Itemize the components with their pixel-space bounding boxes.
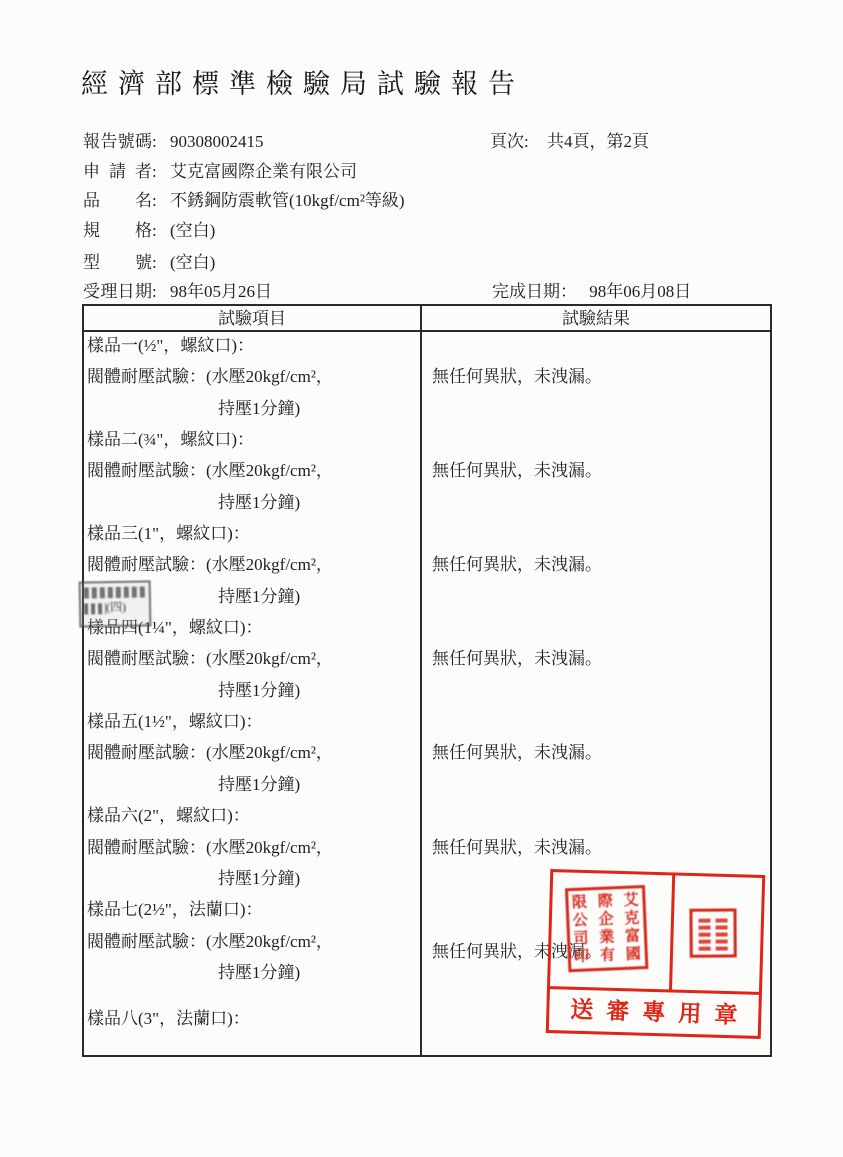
field-label: 型號 xyxy=(83,252,152,274)
sample-hold: 持壓1分鐘) xyxy=(218,398,300,420)
field-complete-date: 完成日期： 98年06月08日 xyxy=(492,281,691,303)
sample-hold: 持壓1分鐘) xyxy=(218,680,300,702)
stamp-bottom-label: 送審專用章 xyxy=(549,988,759,1036)
field-product-name: 品名: 不銹鋼防震軟管(10kgf/cm²等級) xyxy=(83,190,157,212)
sample-hold: 持壓1分鐘) xyxy=(218,962,300,984)
sample-title: 樣品六(2"，螺紋口)： xyxy=(87,805,250,827)
complete-date-value: 98年06月08日 xyxy=(589,282,691,301)
field-label: 規格 xyxy=(83,220,152,242)
accept-date-value: 98年05月26日 xyxy=(170,281,272,303)
field-colon: : xyxy=(524,132,529,151)
sample-title: 樣品七(2½"，法蘭口)： xyxy=(87,899,263,921)
field-label: 品名 xyxy=(83,190,152,212)
field-colon: : xyxy=(152,221,157,240)
sample-result: 無任何異狀，未洩漏。 xyxy=(432,648,602,670)
field-model: 型號: (空白) xyxy=(83,252,157,274)
field-label: 受理日期 xyxy=(83,281,152,303)
field-report-no: 報告號碼: 90308002415 xyxy=(83,131,157,153)
sample-result: 無任何異狀，未洩漏。 xyxy=(432,837,602,859)
page-title: 經濟部標準檢驗局試驗報告 xyxy=(81,62,525,101)
personal-seal-glyph-column xyxy=(698,916,710,951)
report-number-value: 90308002415 xyxy=(170,131,264,153)
faded-stamp-text-row: (四) xyxy=(81,599,149,614)
field-colon: : xyxy=(152,253,157,272)
field-applicant: 申請者: 艾克富國際企業有限公司 xyxy=(83,161,157,183)
sample-result: 無任何異狀，未洩漏。 xyxy=(432,460,602,482)
faded-stamp-visible-text: (四) xyxy=(106,600,126,614)
sample-result: 無任何異狀，未洩漏。 xyxy=(432,554,602,576)
sample-hold: 持壓1分鐘) xyxy=(218,868,300,890)
column-header-test-result: 試驗結果 xyxy=(422,307,770,331)
field-label: 申請者 xyxy=(83,161,152,183)
sample-test: 閥體耐壓試驗：(水壓20kgf/cm²， xyxy=(87,648,333,670)
sample-test: 閥體耐壓試驗：(水壓20kgf/cm²， xyxy=(87,837,333,859)
stamp-inner-vertical-divider xyxy=(669,875,675,990)
field-colon: : xyxy=(152,132,157,151)
field-colon: : xyxy=(152,282,157,301)
sample-test: 閥體耐壓試驗：(水壓20kgf/cm²， xyxy=(87,742,333,764)
faded-stamp-smudge xyxy=(84,603,106,614)
field-colon: ： xyxy=(560,282,577,301)
scanned-test-report-page: 經濟部標準檢驗局試驗報告 報告號碼: 90308002415 申請者: 艾克富國… xyxy=(0,0,843,1157)
field-label: 頁次 xyxy=(490,132,524,151)
field-colon: : xyxy=(152,191,157,210)
column-header-test-item: 試驗項目 xyxy=(84,307,420,331)
company-seal: 艾克富國際企業有限公司印 xyxy=(565,885,648,972)
faded-stamp-illegible-row xyxy=(84,586,146,598)
sample-title: 樣品二(¾"，螺紋口)： xyxy=(87,429,254,451)
personal-seal xyxy=(689,908,736,957)
sample-title: 樣品一(½"，螺紋口)： xyxy=(87,335,254,357)
table-column-divider xyxy=(420,306,422,1055)
field-accept-date: 受理日期: 98年05月26日 xyxy=(83,281,157,303)
sample-result: 無任何異狀，未洩漏。 xyxy=(432,366,602,388)
faded-ink-stamp: (四) xyxy=(79,580,152,627)
field-label: 完成日期 xyxy=(492,282,560,301)
spec-value: (空白) xyxy=(170,220,215,242)
sample-result: 無任何異狀，未洩漏。 xyxy=(432,742,602,764)
page-info-value: 共4頁，第2頁 xyxy=(547,132,649,151)
sample-test: 閥體耐壓試驗：(水壓20kgf/cm²， xyxy=(87,366,333,388)
sample-title: 樣品八(3"，法蘭口)： xyxy=(87,1008,250,1030)
personal-seal-glyph-column xyxy=(715,915,727,950)
sample-hold: 持壓1分鐘) xyxy=(218,774,300,796)
field-page-info: 頁次: 共4頁，第2頁 xyxy=(490,131,649,153)
sample-test: 閥體耐壓試驗：(水壓20kgf/cm²， xyxy=(87,460,333,482)
model-value: (空白) xyxy=(170,252,215,274)
product-name-value: 不銹鋼防震軟管(10kgf/cm²等級) xyxy=(170,190,405,212)
sample-hold: 持壓1分鐘) xyxy=(218,492,300,514)
field-label: 報告號碼 xyxy=(83,131,152,153)
sample-test: 閥體耐壓試驗：(水壓20kgf/cm²， xyxy=(87,931,333,953)
submission-stamp-box: 艾克富國際企業有限公司印 送審專用章 xyxy=(546,869,765,1039)
field-spec: 規格: (空白) xyxy=(83,220,157,242)
sample-test: 閥體耐壓試驗：(水壓20kgf/cm²， xyxy=(87,554,333,576)
sample-title: 樣品五(1½"，螺紋口)： xyxy=(87,711,263,733)
sample-title: 樣品三(1"，螺紋口)： xyxy=(87,523,250,545)
applicant-value: 艾克富國際企業有限公司 xyxy=(170,161,357,183)
field-colon: : xyxy=(152,162,157,181)
sample-hold: 持壓1分鐘) xyxy=(218,586,300,608)
